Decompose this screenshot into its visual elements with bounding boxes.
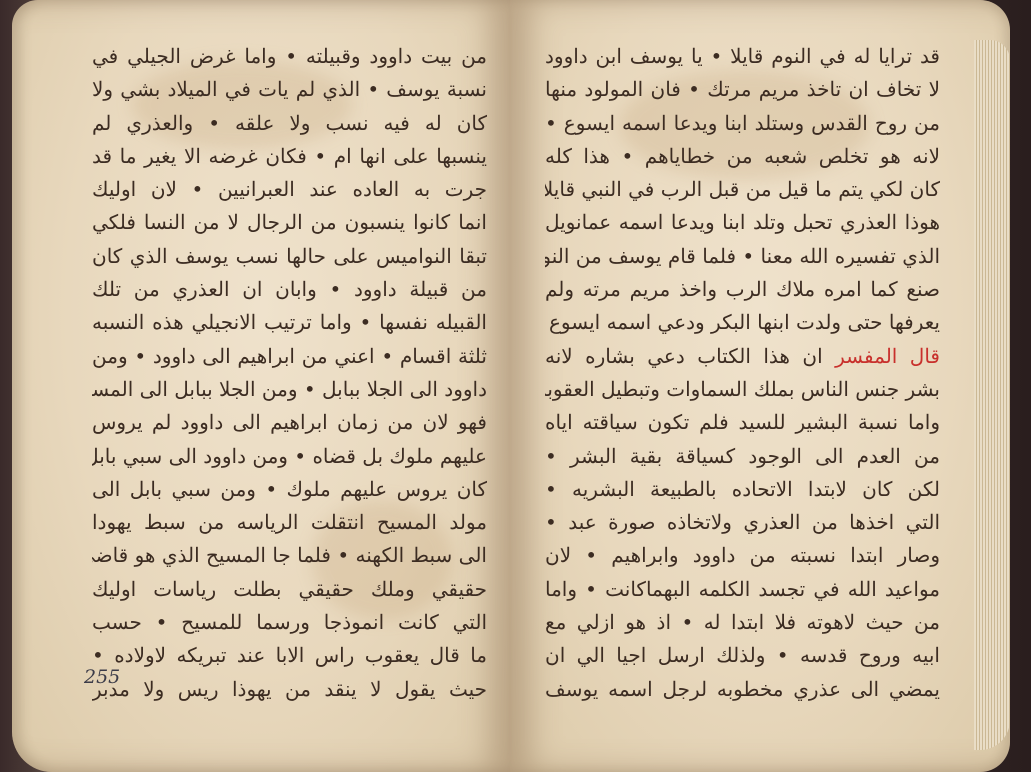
text-line: تبقا النواميس على حالها نسب يوسف الذي كا… <box>92 240 487 273</box>
text-line: لكن كان لابتدا الاتحاده بالطبيعة البشريه… <box>545 473 940 506</box>
text-line: ثلثة اقسام • اعني من ابراهيم الى داوود •… <box>92 340 487 373</box>
left-page: من بيت داوود وقبيلته • واما غرض الجيلي ف… <box>12 0 510 772</box>
folio-number: 255 <box>84 666 120 688</box>
left-page-text: من بيت داوود وقبيلته • واما غرض الجيلي ف… <box>92 40 487 706</box>
text-line: فهو لان من زمان ابراهيم الى داوود لم يرو… <box>92 406 487 439</box>
right-page: قد ترايا له في النوم قايلا • يا يوسف ابن… <box>510 0 1010 772</box>
text-line: من حيث لاهوته فلا ابتدا له • اذ هو ازلي … <box>545 606 940 639</box>
text-line: يمضي الى عذري مخطوبه لرجل اسمه يوسف <box>545 673 940 706</box>
text-line: كان لكي يتم ما قيل من قبل الرب في النبي … <box>545 173 940 206</box>
text-line: من بيت داوود وقبيلته • واما غرض الجيلي ف… <box>92 40 487 73</box>
text-line: الذي تفسيره الله معنا • فلما قام يوسف من… <box>545 240 940 273</box>
text-line: يعرفها حتى ولدت ابنها البكر ودعي اسمه اي… <box>545 306 940 339</box>
text-line: حيث يقول لا ينقد من يهوذا ريس ولا مدبر <box>92 673 487 706</box>
text-line: مولد المسيح انتقلت الرياسه من سبط يهودا <box>92 506 487 539</box>
text-line: القبيله نفسها • واما ترتيب الانجيلي هذه … <box>92 306 487 339</box>
text-line: هوذا العذري تحبل وتلد ابنا ويدعا اسمه عم… <box>545 206 940 239</box>
text-line: وصار ابتدا نسبته من داوود وابراهيم • لان <box>545 539 940 572</box>
text-line: من روح القدس وستلد ابنا ويدعا اسمه ايسوع… <box>545 107 940 140</box>
text-line: التي اخذها من العذري ولاتخاذه صورة عبد • <box>545 506 940 539</box>
text-line: قال المفسر ان هذا الكتاب دعي بشاره لانه <box>545 340 940 373</box>
text-line: جرت به العاده عند العبرانيين • لان اوليك <box>92 173 487 206</box>
text-line: نسبة يوسف • الذي لم يات في الميلاد بشي و… <box>92 73 487 106</box>
page-edges <box>974 40 1010 750</box>
text-line: بشر جنس الناس بملك السماوات وتبطيل العقو… <box>545 373 940 406</box>
text-line: مواعيد الله في تجسد الكلمه البهماكانت • … <box>545 573 940 606</box>
text-line: داوود الى الجلا ببابل • ومن الجلا ببابل … <box>92 373 487 406</box>
text-line: التي كانت انموذجا ورسما للمسيح • حسب <box>92 606 487 639</box>
rubric-heading: قال المفسر <box>835 344 940 368</box>
text-line: ينسبها على انها ام • فكان غرضه الا يغير … <box>92 140 487 173</box>
text-line: كان له فيه نسب ولا علقه • والعذري لم <box>92 107 487 140</box>
text-line: واما نسبة البشير للسيد فلم تكون سياقته ا… <box>545 406 940 439</box>
text-line: حقيقي وملك حقيقي بطلت رياسات اوليك <box>92 573 487 606</box>
right-page-text: قد ترايا له في النوم قايلا • يا يوسف ابن… <box>545 40 940 706</box>
text-line: قد ترايا له في النوم قايلا • يا يوسف ابن… <box>545 40 940 73</box>
text-line: ابيه وروح قدسه • ولذلك ارسل اجيا الي ان <box>545 639 940 672</box>
text-line: لانه هو تخلص شعبه من خطاياهم • هذا كله <box>545 140 940 173</box>
text-line: عليهم ملوك بل قضاه • ومن داوود الى سبي ب… <box>92 440 487 473</box>
text-line: من قبيلة داوود • وابان ان العذري من تلك <box>92 273 487 306</box>
text-line: صنع كما امره ملاك الرب واخذ مريم مرته ول… <box>545 273 940 306</box>
text-line: من العدم الى الوجود كسياقة بقية البشر • <box>545 440 940 473</box>
text-line: انما كانوا ينسبون من الرجال لا من النسا … <box>92 206 487 239</box>
text-line: ما قال يعقوب راس الابا عند تبريكه لاولاد… <box>92 639 487 672</box>
text-line: كان يروس عليهم ملوك • ومن سبي بابل الى <box>92 473 487 506</box>
text-line: لا تخاف ان تاخذ مريم مرتك • فان المولود … <box>545 73 940 106</box>
text-line: الى سبط الكهنه • فلما جا المسيح الذي هو … <box>92 539 487 572</box>
open-manuscript: من بيت داوود وقبيلته • واما غرض الجيلي ف… <box>12 0 1031 772</box>
